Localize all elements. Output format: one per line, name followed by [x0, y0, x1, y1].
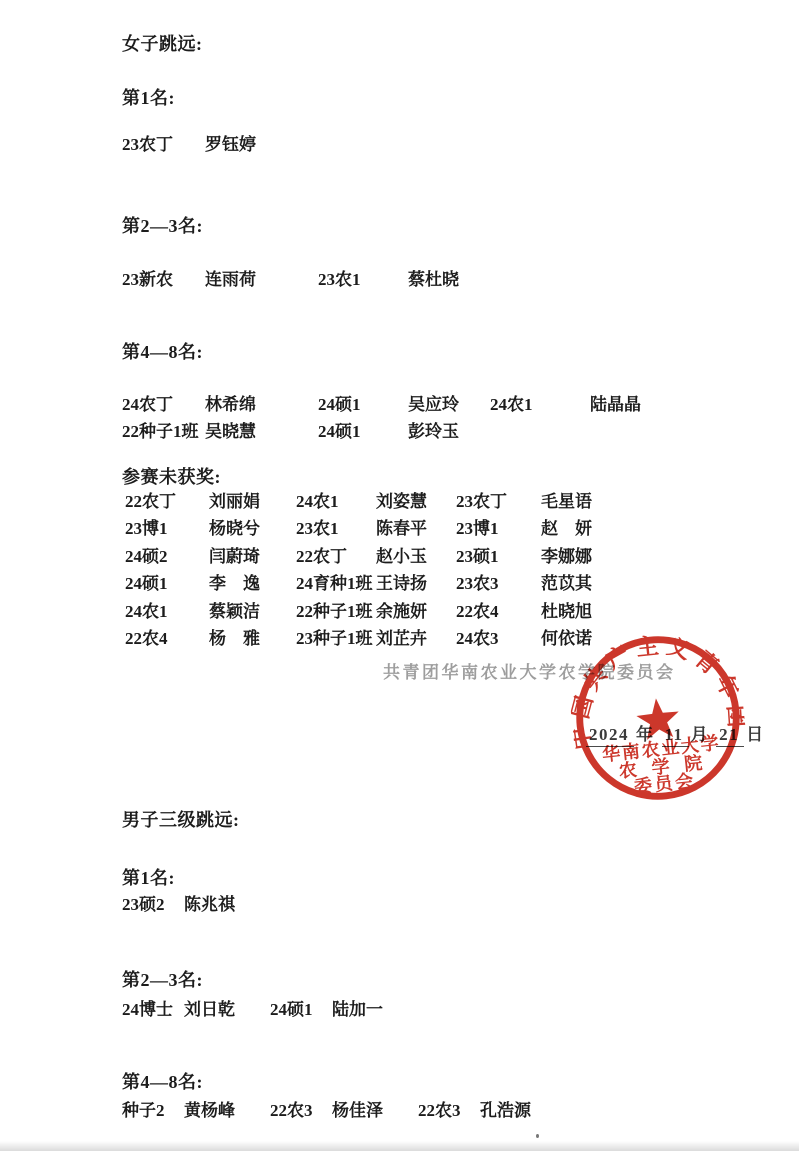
name-cell: 赵小玉 — [376, 543, 456, 571]
name-cell: 王诗扬 — [376, 570, 456, 598]
name-cell: 杨佳泽 — [332, 1096, 418, 1121]
table-row: 22农4 杨 雅 23种子1班 刘芷卉 24农3 何依诺 — [125, 625, 592, 653]
name-cell: 范苡其 — [541, 570, 592, 598]
name-cell: 毛星语 — [541, 488, 592, 516]
men-fourth-eighth-row: 种子2 黄杨峰 22农3 杨佳泽 22农3 孔浩源 — [122, 1096, 531, 1121]
class-cell: 24农1 — [296, 488, 376, 516]
class-cell: 22种子1班 — [122, 417, 205, 442]
date-day-unit: 日 — [746, 720, 765, 745]
class-cell: 23新农 — [122, 265, 205, 290]
women-first-place-row: 23农丁 罗钰婷 — [122, 130, 590, 155]
official-red-seal: 中国共产主义青年团 华南农业大学 农 学 院 委员会 — [563, 623, 752, 812]
class-cell: 23农丁 — [122, 130, 205, 155]
class-cell: 24农丁 — [122, 390, 205, 415]
table-row: 24农1 蔡颖洁 22种子1班 余施妍 22农4 杜晓旭 — [125, 598, 592, 626]
name-cell: 杜晓旭 — [541, 598, 592, 626]
class-cell: 22农丁 — [296, 543, 376, 571]
class-cell: 22农4 — [456, 598, 541, 626]
scanned-results-page: 女子跳远: 第1名: 23农丁 罗钰婷 第2—3名: 23新农 连雨荷 23农1… — [0, 0, 799, 1151]
name-cell: 陆晶晶 — [590, 390, 641, 415]
class-cell: 22种子1班 — [296, 598, 376, 626]
table-row: 24硕1 李 逸 24育种1班 王诗扬 23农3 范苡其 — [125, 570, 592, 598]
class-cell: 22农丁 — [125, 488, 209, 516]
class-cell: 22农4 — [125, 625, 209, 653]
class-cell: 23农3 — [456, 570, 541, 598]
class-cell: 24农1 — [490, 390, 590, 415]
name-cell: 林希绵 — [205, 390, 318, 415]
seal-star-icon — [635, 696, 681, 741]
label-men-first-place: 第1名: — [122, 864, 175, 890]
class-cell: 23种子1班 — [296, 625, 376, 653]
label-men-fourth-eighth: 第4—8名: — [122, 1068, 203, 1094]
name-cell: 李 逸 — [209, 570, 296, 598]
class-cell: 23博1 — [125, 515, 209, 543]
women-fourth-eighth-row-1: 24农丁 林希绵 24硕1 吴应玲 24农1 陆晶晶 — [122, 390, 641, 415]
name-cell: 刘芷卉 — [376, 625, 456, 653]
name-cell: 蔡杜晓 — [408, 265, 490, 290]
name-cell: 陈兆祺 — [184, 890, 270, 915]
name-cell: 李娜娜 — [541, 543, 592, 571]
class-cell: 24硕1 — [270, 995, 332, 1020]
women-second-third-row: 23新农 连雨荷 23农1 蔡杜晓 — [122, 265, 590, 290]
women-fourth-eighth-row-2: 22种子1班 吴晓慧 24硕1 彭玲玉 — [122, 417, 590, 442]
scan-bottom-shade — [0, 1141, 799, 1151]
name-cell: 陆加一 — [332, 995, 418, 1020]
name-cell: 吴应玲 — [408, 390, 490, 415]
label-women-fourth-eighth: 第4—8名: — [122, 338, 203, 364]
class-cell: 23博1 — [456, 515, 541, 543]
class-cell: 23农丁 — [456, 488, 541, 516]
name-cell: 黄杨峰 — [184, 1096, 270, 1121]
name-cell: 闫蔚琦 — [209, 543, 296, 571]
class-cell: 24育种1班 — [296, 570, 376, 598]
name-cell: 杨 雅 — [209, 625, 296, 653]
section-title-women-long-jump: 女子跳远: — [122, 30, 203, 56]
name-cell: 刘日乾 — [184, 995, 270, 1020]
scan-artifact-dot — [536, 1134, 539, 1138]
name-cell: 杨晓兮 — [209, 515, 296, 543]
class-cell: 22农3 — [418, 1096, 480, 1121]
class-cell: 24硕1 — [125, 570, 209, 598]
class-cell: 24硕2 — [125, 543, 209, 571]
name-cell: 刘姿慧 — [376, 488, 456, 516]
svg-text:中国共产主义青年团: 中国共产主义青年团 — [563, 625, 751, 752]
label-men-second-third: 第2—3名: — [122, 966, 203, 992]
class-cell: 23硕2 — [122, 890, 184, 915]
class-cell: 24博士 — [122, 995, 184, 1020]
class-cell: 种子2 — [122, 1096, 184, 1121]
class-cell: 24农1 — [125, 598, 209, 626]
section-title-men-triple-jump: 男子三级跳远: — [122, 806, 240, 832]
class-cell: 23硕1 — [456, 543, 541, 571]
men-first-place-row: 23硕2 陈兆祺 — [122, 890, 480, 915]
class-cell: 24硕1 — [318, 390, 408, 415]
label-women-second-third: 第2—3名: — [122, 212, 203, 238]
name-cell: 蔡颖洁 — [209, 598, 296, 626]
class-cell: 24硕1 — [318, 417, 408, 442]
seal-arc-text: 中国共产主义青年团 — [563, 625, 751, 752]
table-row: 22农丁 刘丽娟 24农1 刘姿慧 23农丁 毛星语 — [125, 488, 592, 516]
class-cell: 23农1 — [318, 265, 408, 290]
name-cell: 刘丽娟 — [209, 488, 296, 516]
label-non-winners: 参赛未获奖: — [122, 463, 221, 489]
table-row: 24硕2 闫蔚琦 22农丁 赵小玉 23硕1 李娜娜 — [125, 543, 592, 571]
name-cell: 余施妍 — [376, 598, 456, 626]
men-second-third-row: 24博士 刘日乾 24硕1 陆加一 — [122, 995, 480, 1020]
name-cell: 孔浩源 — [480, 1096, 531, 1121]
table-row: 23博1 杨晓兮 23农1 陈春平 23博1 赵 妍 — [125, 515, 592, 543]
name-cell: 陈春平 — [376, 515, 456, 543]
class-cell: 23农1 — [296, 515, 376, 543]
label-women-first-place: 第1名: — [122, 84, 175, 110]
class-cell: 24农3 — [456, 625, 541, 653]
class-cell: 22农3 — [270, 1096, 332, 1121]
name-cell: 罗钰婷 — [205, 130, 318, 155]
name-cell: 赵 妍 — [541, 515, 592, 543]
name-cell: 连雨荷 — [205, 265, 318, 290]
name-cell: 彭玲玉 — [408, 417, 490, 442]
name-cell: 吴晓慧 — [205, 417, 318, 442]
